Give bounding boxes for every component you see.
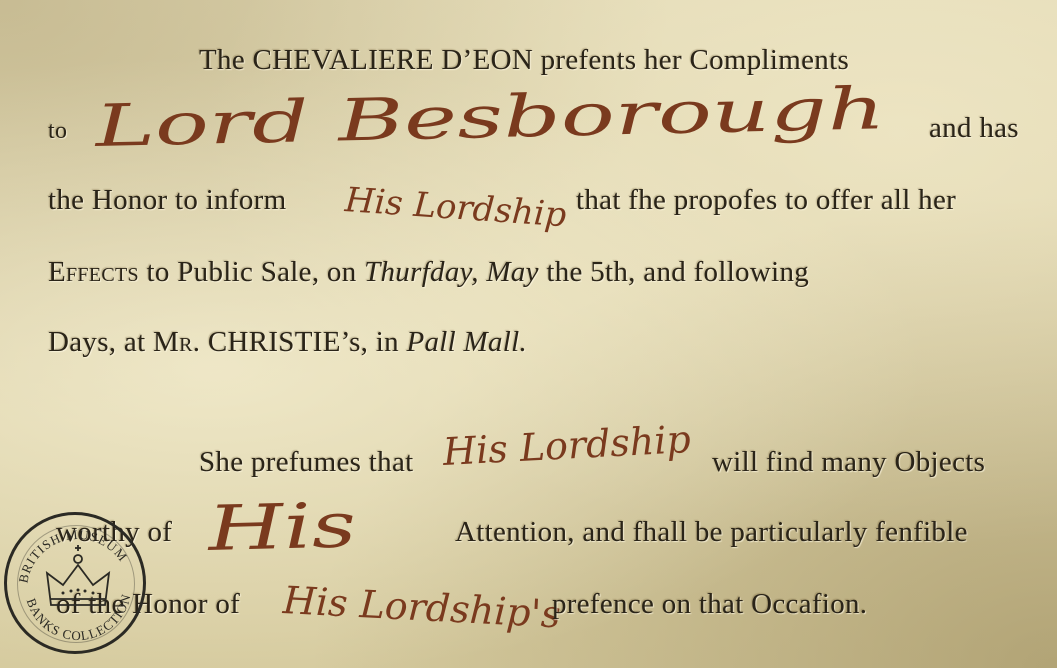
line-5-text-a: Days, at <box>48 326 153 358</box>
effects-word: Effects <box>48 256 139 288</box>
handwritten-addressee: Lord Besborough <box>93 74 887 160</box>
line-7-suffix: Attention, and fhall be particularly fen… <box>455 516 968 549</box>
line-5: Days, at Mr. CHRISTIE’s, in Pall Mall. <box>48 326 527 359</box>
line-6-prefix: She prefumes that <box>199 446 414 479</box>
line-3-prefix: the Honor to inform <box>48 184 286 217</box>
line-1: The CHEVALIERE D’EON prefents her Compli… <box>199 44 849 77</box>
line-4-text-c: the 5th, and following <box>539 256 809 288</box>
line-2-suffix: and has <box>929 112 1019 145</box>
handwritten-his: His <box>206 488 357 565</box>
pall-mall-word: Pall Mall. <box>406 326 527 358</box>
crown-icon: BRITISH MUSEUM BANKS COLLECTION <box>7 515 149 657</box>
british-museum-stamp: BRITISH MUSEUM BANKS COLLECTION <box>4 512 146 654</box>
stamp-text-top: BRITISH MUSEUM <box>15 527 130 585</box>
thursday-word: Thurfday, <box>364 256 479 288</box>
svg-text:BRITISH MUSEUM: BRITISH MUSEUM <box>15 527 130 585</box>
handwritten-his-lordships: His Lordship's <box>282 578 562 636</box>
line-4: Effects to Public Sale, on Thurfday, May… <box>48 256 809 289</box>
line-5-text-b: CHRISTIE’s, in <box>200 326 406 358</box>
line-6-suffix: will find many Objects <box>712 446 985 479</box>
engraved-card: The CHEVALIERE D’EON prefents her Compli… <box>0 0 1057 668</box>
line-2-prefix: to <box>48 118 67 145</box>
line-1-text: The CHEVALIERE D’EON prefents her Compli… <box>199 44 849 76</box>
handwritten-his-lordship-2: His Lordship <box>442 417 692 474</box>
may-word: May <box>486 256 538 288</box>
line-3-suffix: that fhe propofes to offer all her <box>576 184 956 217</box>
line-4-text-a: to Public Sale, on <box>139 256 364 288</box>
handwritten-his-lordship-1: His Lordship <box>344 180 568 235</box>
mr-word: Mr. <box>153 326 200 358</box>
line-8-suffix: prefence on that Occafion. <box>552 588 867 621</box>
